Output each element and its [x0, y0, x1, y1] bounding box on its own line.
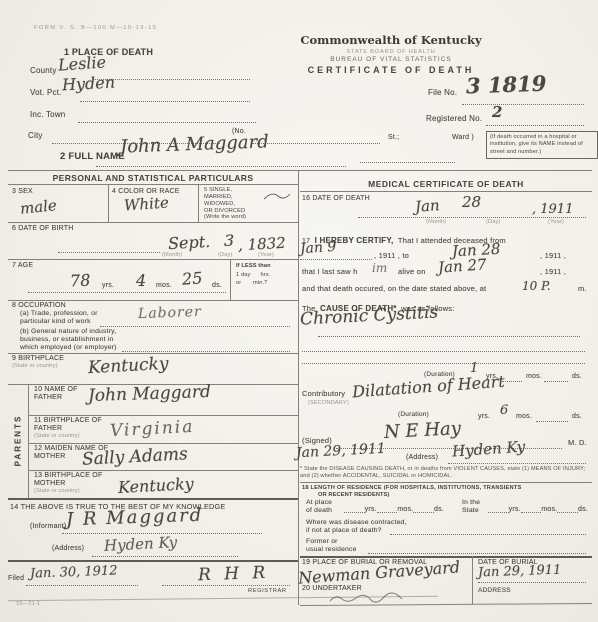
dotted-leader — [26, 583, 138, 586]
rule-line — [8, 170, 592, 171]
column-divider — [298, 170, 299, 605]
county-label: County — [30, 66, 57, 75]
dotted-leader — [448, 461, 586, 464]
file-no-value: 3 1819 — [466, 71, 547, 99]
occupation-line-a2: particular kind of work — [20, 318, 91, 325]
birth-day-value: 3 — [224, 231, 234, 250]
header-certificate-title: CERTIFICATE OF DEATH — [288, 65, 494, 75]
filed-date-value: Jan. 30, 1912 — [30, 563, 118, 581]
certify-line3a: and that death occured, on the date stat… — [302, 284, 486, 293]
yrs-unit-label: yrs. — [365, 506, 377, 513]
physician-address-label: (Address) — [406, 454, 438, 461]
certify-line3b: m. — [578, 284, 587, 293]
day-caption: (Day) — [486, 219, 500, 225]
at-place-line2: of death — [306, 507, 332, 514]
date-of-burial-value: Jan 29, 1911 — [478, 563, 562, 581]
certify-line2b: alive on — [398, 267, 425, 276]
dotted-leader — [478, 580, 586, 583]
in-state-duration-row: yrs. mos. ds. — [488, 506, 588, 513]
full-name-label: 2 FULL NAME — [60, 151, 125, 162]
dotted-leader — [377, 510, 398, 513]
yrs-unit-label: yrs. — [102, 282, 114, 289]
color-race-label: 4 COLOR OR RACE — [112, 188, 180, 195]
less-line: 1 day hrs. — [236, 271, 296, 280]
father-birthplace-sublabel: (State or country) — [34, 433, 80, 439]
dotted-leader — [557, 510, 578, 513]
registered-no-label: Registered No. — [426, 114, 482, 123]
color-race-value: White — [123, 193, 169, 214]
parents-section-label: PARENTS — [14, 408, 23, 474]
mos-unit-label: mos. — [526, 373, 542, 380]
dotted-leader — [413, 510, 434, 513]
registered-no-value: 2 — [492, 103, 502, 121]
dotted-leader — [536, 419, 568, 422]
physician-signature: N E Hay — [384, 418, 462, 443]
sex-label: 3 SEX — [12, 188, 33, 195]
dotted-leader — [302, 361, 585, 364]
former-line1: Former or — [306, 538, 338, 545]
ward-label: Ward ) — [452, 134, 474, 141]
occupation-value: Laborer — [138, 304, 202, 322]
marital-line: OR DIVORCED — [204, 208, 296, 215]
attended-from-value: Jan 9 — [299, 239, 336, 257]
marital-line: (Write the word) — [204, 214, 296, 221]
marital-mark-scrawl — [262, 191, 292, 201]
father-birthplace-label: 11 BIRTHPLACE OF FATHER — [34, 417, 104, 433]
street-label: St.; — [388, 134, 399, 141]
day-caption: (Day) — [218, 252, 232, 258]
time-of-death-value: 10 P. — [522, 279, 551, 293]
full-name-value: John A Maggard — [120, 131, 269, 157]
registrar-label: REGISTRAR — [248, 588, 287, 594]
residence-title-line2: OR RECENT RESIDENTS) — [318, 492, 390, 498]
age-months-value: 4 — [136, 271, 146, 290]
occupation-line-a: (a) Trade, profession, or — [20, 310, 98, 317]
birthplace-label: 9 BIRTHPLACE — [12, 355, 64, 362]
rule-line — [8, 259, 298, 260]
father-birthplace-value: Virginia — [110, 417, 195, 441]
certify-line2c: , 1911 , — [540, 267, 566, 276]
contributory-label: Contributory — [302, 389, 345, 398]
age-label: 7 AGE — [12, 262, 33, 269]
rule-line — [8, 222, 298, 223]
dotted-leader — [486, 123, 584, 126]
mother-birthplace-sublabel: (State or country) — [34, 488, 80, 494]
dotted-leader — [100, 324, 290, 327]
occupation-line-b2: business, or establishment in — [20, 336, 113, 343]
death-year-value: , 1911 — [532, 202, 573, 217]
him-handwritten: im — [372, 261, 387, 275]
heavy-rule-line — [8, 560, 298, 562]
month-caption: (Month) — [426, 219, 446, 225]
cell-divider — [230, 259, 231, 300]
informant-value: J R Maggard — [66, 505, 204, 531]
header-bureau: BUREAU OF VITAL STATISTICS — [296, 56, 486, 63]
dotted-leader — [521, 510, 542, 513]
dotted-leader — [390, 532, 586, 535]
birthplace-sublabel: (State or country) — [12, 363, 58, 369]
cell-divider — [472, 556, 473, 604]
rule-line — [28, 415, 298, 416]
file-no-label: File No. — [428, 88, 457, 97]
last-seen-value: Jan 27 — [437, 255, 487, 276]
header-board: STATE BOARD OF HEALTH — [296, 49, 486, 55]
birth-month-value: Sept. — [168, 232, 211, 253]
less-line: If LESS than — [236, 262, 296, 271]
dotted-leader — [78, 120, 256, 123]
county-value: Leslie — [57, 52, 106, 74]
dotted-leader — [344, 510, 365, 513]
marital-line: WIDOWED, — [204, 201, 296, 208]
less-than-one-day-cell: If LESS than 1 day hrs. or min.? — [236, 262, 296, 288]
inc-town-label: Inc. Town — [30, 110, 65, 119]
rule-line — [8, 300, 298, 301]
dotted-leader — [162, 583, 290, 586]
ds-unit-label: ds. — [572, 413, 582, 420]
informant-address-label: (Address) — [52, 545, 84, 552]
contributory-duration-months: 6 — [500, 403, 508, 418]
dotted-leader — [368, 551, 586, 554]
undertaker-signature-scrawl — [328, 592, 406, 604]
filed-label: Filed — [8, 575, 24, 582]
signed-date-value: Jan 29, 1911 — [296, 441, 386, 462]
at-place-duration-row: yrs. mos. ds. — [344, 506, 444, 513]
informant-label: (Informant) — [30, 523, 66, 530]
rule-line — [300, 191, 592, 192]
mother-maiden-name-value: Sally Adams — [82, 444, 189, 470]
residence-title-line1: 18 LENGTH OF RESIDENCE (FOR HOSPITALS, I… — [302, 485, 521, 491]
in-the-label: In the — [462, 499, 480, 506]
mother-birthplace-value: Kentucky — [118, 474, 195, 497]
mos-unit-label: mos. — [541, 506, 557, 513]
ds-unit-label: ds. — [578, 506, 588, 513]
father-name-label: 10 NAME OF FATHER — [34, 386, 90, 402]
less-line: or min.? — [236, 279, 296, 288]
parents-cell-divider — [28, 384, 29, 498]
age-days-value: 25 — [181, 268, 203, 288]
sex-value: male — [19, 196, 58, 218]
dotted-leader — [300, 257, 372, 260]
form-code: FORM V. S. B—100 M—10-19-10 — [34, 25, 157, 31]
personal-section-title: PERSONAL AND STATISTICAL PARTICULARS — [10, 173, 296, 183]
certify-mid1: , 1911 , to — [374, 251, 409, 260]
registrar-signature: R H R — [198, 563, 270, 585]
date-of-birth-label: 6 DATE OF BIRTH — [12, 225, 73, 232]
occupation-label: 8 OCCUPATION — [12, 302, 66, 309]
at-place-line1: At place — [306, 499, 332, 506]
occupation-line-b3: which employed (or employer) — [20, 344, 117, 351]
certify-line2a: that I last saw h — [302, 267, 358, 276]
former-line2: usual residence — [306, 546, 357, 553]
dotted-leader — [302, 349, 585, 352]
birthplace-value: Kentucky — [88, 354, 169, 378]
voting-precinct-value: Hyden — [62, 73, 116, 95]
occupation-line-b: (b) General nature of industry, — [20, 328, 116, 335]
date-of-death-label: 16 DATE OF DEATH — [302, 195, 370, 202]
md-label: M. D. — [568, 438, 587, 447]
cause-footnote: * State the DISEASE CAUSING DEATH, or in… — [300, 466, 590, 481]
contributory-value: Dilatation of Heart — [352, 372, 506, 402]
mother-birthplace-label: 13 BIRTHPLACE OF MOTHER — [34, 472, 110, 488]
age-years-value: 78 — [70, 270, 91, 290]
dotted-leader — [80, 99, 250, 102]
rule-line — [8, 184, 298, 185]
dotted-leader — [58, 250, 160, 253]
ds-unit-label: ds. — [212, 282, 222, 289]
city-label: City — [28, 131, 43, 140]
contracted-line2: if not at place of death? — [306, 527, 382, 534]
rule-line — [300, 482, 592, 483]
month-caption: (Month) — [162, 252, 182, 258]
header-commonwealth: Commonwealth of Kentucky — [296, 33, 486, 47]
dotted-leader — [96, 164, 346, 167]
dotted-leader — [122, 349, 290, 352]
rule-line — [28, 470, 298, 471]
dotted-leader — [360, 160, 455, 163]
cell-divider — [198, 185, 199, 222]
year-caption: (Year) — [548, 219, 564, 225]
ds-unit-label: ds. — [434, 506, 444, 513]
dotted-leader — [462, 102, 584, 105]
dotted-leader — [92, 77, 250, 80]
voting-precinct-label: Vot. Pct. — [30, 88, 62, 97]
mos-unit-label: mos. — [397, 506, 413, 513]
ds-unit-label: ds. — [572, 373, 582, 380]
undertaker-address-label: ADDRESS — [478, 587, 511, 594]
secondary-sublabel: (SECONDARY) — [308, 400, 349, 406]
contracted-line1: Where was disease contracted, — [306, 519, 407, 526]
mos-unit-label: mos. — [156, 282, 172, 289]
dotted-leader — [318, 334, 580, 337]
duration-label: (Duration) — [398, 411, 429, 418]
cell-divider — [108, 185, 109, 222]
physician-address-value: Hyden Ky — [451, 437, 525, 460]
medical-section-title: MEDICAL CERTIFICATE OF DEATH — [302, 179, 590, 189]
informant-address-value: Hyden Ky — [104, 533, 178, 555]
dotted-leader — [28, 290, 226, 293]
hospital-note: (If death occurred in a hospital or inst… — [486, 131, 598, 159]
corner-form-code: 15—21-1 — [16, 601, 40, 607]
dotted-leader — [252, 141, 380, 144]
death-day-value: 28 — [462, 193, 481, 211]
certify-mid2: , 1911 , — [540, 251, 566, 260]
death-certificate-scan: FORM V. S. B—100 M—10-19-10 Commonwealth… — [0, 0, 598, 622]
dotted-leader — [92, 554, 238, 557]
mos-unit-label: mos. — [516, 413, 532, 420]
yrs-unit-label: yrs. — [478, 413, 490, 420]
undertaker-label: 20 UNDERTAKER — [302, 585, 362, 592]
rule-line — [28, 443, 298, 444]
dotted-leader — [502, 379, 522, 382]
father-name-value: John Maggard — [88, 382, 211, 406]
year-caption: (Year) — [258, 252, 274, 258]
death-month-value: Jan — [414, 196, 440, 216]
yrs-unit-label: yrs. — [509, 506, 521, 513]
dotted-leader — [544, 379, 568, 382]
heavy-rule-line — [8, 498, 298, 500]
dotted-leader — [488, 510, 509, 513]
state-label: State — [462, 507, 479, 514]
